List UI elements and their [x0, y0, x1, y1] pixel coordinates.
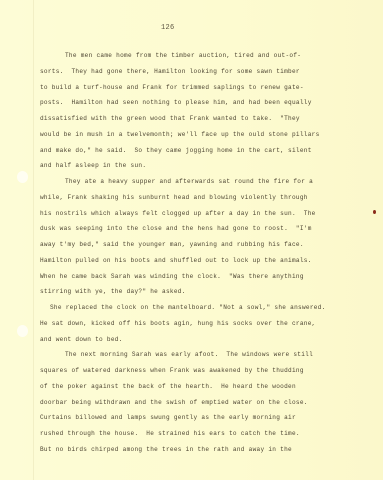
- punch-hole: [17, 171, 28, 183]
- text-line: But no birds chirped among the trees in …: [40, 446, 292, 454]
- text-line: dusk was seeping into the close and the …: [40, 225, 312, 233]
- text-line: Hamilton pulled on his boots and shuffle…: [40, 257, 312, 265]
- text-line: and went down to bed.: [40, 336, 123, 344]
- text-line: The next morning Sarah was early afoot. …: [65, 351, 313, 359]
- manuscript-page: 126 The men came home from the timber au…: [0, 0, 383, 480]
- text-line: of the poker against the back of the hea…: [40, 383, 296, 391]
- text-line: squares of watered darkness when Frank w…: [40, 367, 304, 375]
- text-line: would be in mush in a twelvemonth; we'll…: [40, 131, 320, 139]
- text-line: while, Frank shaking his sunburnt head a…: [40, 194, 308, 202]
- page-number: 126: [161, 24, 175, 32]
- text-line: She replaced the clock on the mantelboar…: [50, 304, 326, 312]
- text-line: dissatisfied with the green wood that Fr…: [40, 115, 300, 123]
- text-line: sorts. They had gone there, Hamilton loo…: [40, 68, 300, 76]
- punch-hole: [17, 325, 28, 337]
- ink-smudge: [373, 210, 376, 214]
- text-line: doorbar being withdrawn and the swish of…: [40, 399, 308, 407]
- text-line: Curtains billowed and lamps swung gently…: [40, 414, 296, 422]
- text-line: and half asleep in the sun.: [40, 162, 146, 170]
- text-line: They ate a heavy supper and afterwards s…: [65, 178, 313, 186]
- text-line: The men came home from the timber auctio…: [65, 52, 301, 60]
- text-line: He sat down, kicked off his boots agin, …: [40, 320, 316, 328]
- text-line: stirring with ye, the day?" he asked.: [40, 288, 186, 296]
- text-line: and make do," he said. So they came jogg…: [40, 147, 312, 155]
- margin-rule: [33, 0, 34, 480]
- text-line: When he came back Sarah was winding the …: [40, 273, 304, 281]
- text-line: rushed through the house. He strained hi…: [40, 430, 300, 438]
- text-line: his nostrils which always felt clogged u…: [40, 210, 316, 218]
- text-line: posts. Hamilton had seen nothing to plea…: [40, 99, 312, 107]
- text-line: to build a turf-house and Frank for trim…: [40, 84, 304, 92]
- text-line: away t'my bed," said the younger man, ya…: [40, 241, 304, 249]
